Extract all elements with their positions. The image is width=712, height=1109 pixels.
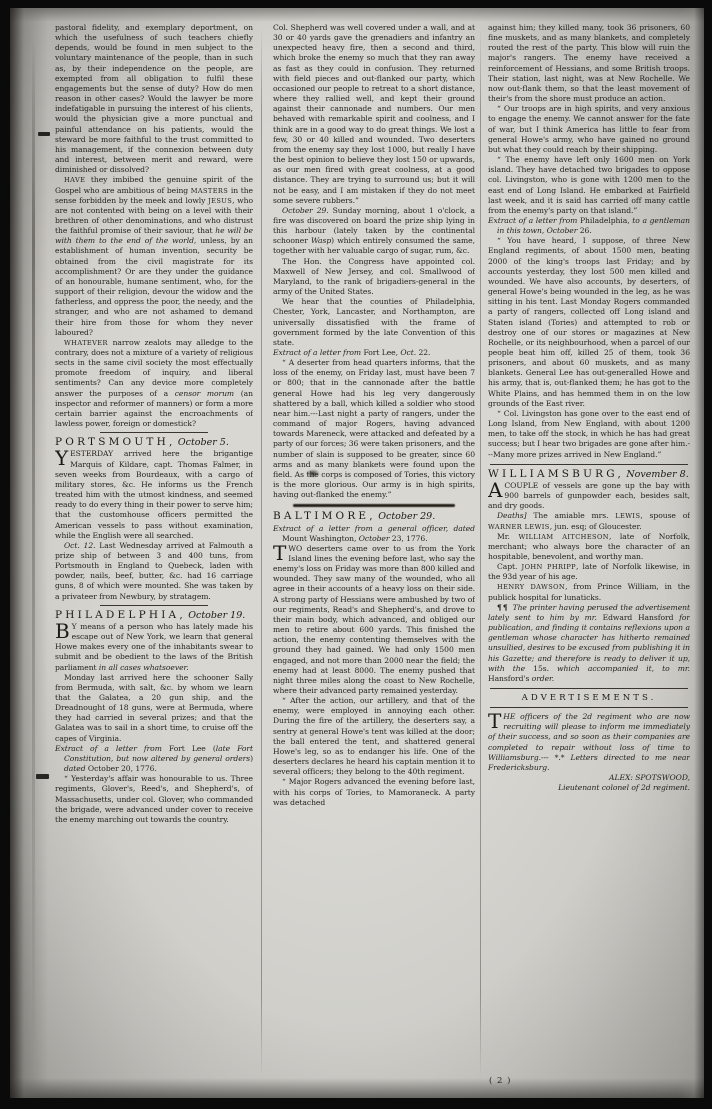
italic-run: October 29. xyxy=(282,206,329,215)
paragraph: Col. Shepherd was well covered under a w… xyxy=(273,23,475,206)
margin-ink-mark xyxy=(36,774,49,779)
section-city: BALTIMORE, xyxy=(273,510,376,522)
text-run: WO deserters came over to us from the Yo… xyxy=(273,544,475,695)
text-run: ¶¶ xyxy=(497,603,513,612)
paragraph: The Hon. the Congress have appointed col… xyxy=(273,257,475,298)
smallcaps-run: MASTERS xyxy=(191,187,231,195)
paragraph: “ A deserter from head quarters informs,… xyxy=(273,358,475,500)
advertisements-header: ADVERTISEMENTS. xyxy=(488,693,690,703)
paragraph: ¶¶ The printer having perused the advert… xyxy=(488,603,690,684)
text-run: We hear that the counties of Philadelphi… xyxy=(273,297,475,347)
italic-run: HE officers of the 2d regiment who are n… xyxy=(488,712,690,772)
margin-ink-mark xyxy=(38,132,50,136)
text-run: “ A deserter from head quarters informs,… xyxy=(273,358,475,499)
paragraph: HENRY DAWSON, from Prince William, in th… xyxy=(488,582,690,602)
text-run: against him; they killed many, took 36 p… xyxy=(488,23,690,103)
smallcaps-run: WILLIAM AITCHESON xyxy=(518,533,608,541)
text-run: Capt. xyxy=(497,562,522,571)
italic-run: Extract of a letter from xyxy=(273,348,363,357)
separator-rule xyxy=(293,504,455,507)
section-date: October 29. xyxy=(378,511,435,522)
text-run: The Hon. the Congress have appointed col… xyxy=(273,257,475,296)
italic-run: in all cases whatsoever. xyxy=(99,663,189,672)
text-run: Edward Hansford xyxy=(603,613,680,622)
text-run: “ Our troops are in high spirits, and ve… xyxy=(488,104,690,154)
separator-rule xyxy=(100,605,209,606)
italic-run: which accompanied it, to mr. xyxy=(549,664,690,673)
smallcaps-run: JESUS xyxy=(208,197,232,205)
page-number: ( 2 ) xyxy=(489,1076,511,1086)
italic-run: order. xyxy=(532,674,554,683)
paragraph: “ After the action, our artillery, and t… xyxy=(273,696,475,777)
italic-run: Deaths] xyxy=(497,511,527,520)
text-run: “ Col. Livingston has gone over to the e… xyxy=(488,409,690,459)
section-heading: WILLIAMSBURG, November 8. xyxy=(488,469,690,480)
signature-line: ALEX: SPOTSWOOD, xyxy=(488,773,690,783)
section-city: PHILADELPHIA, xyxy=(55,609,186,621)
text-run: Fort Lee xyxy=(363,348,395,357)
text-run: 23, 1776. xyxy=(389,534,427,543)
letter-extract-heading: Extract of a letter from Fort Lee (late … xyxy=(55,744,253,774)
text-run: , spouse of xyxy=(640,511,690,520)
paragraph: “ You have heard, I suppose, of three Ne… xyxy=(488,236,690,409)
paragraph: pastoral fidelity, and exemplary deportm… xyxy=(55,23,253,175)
paragraph: Oct. 12. Last Wednesday arrived at Falmo… xyxy=(55,541,253,602)
paragraph: “ Col. Livingston has gone over to the e… xyxy=(488,409,690,460)
smallcaps-run: JOHN PHRIPP xyxy=(522,563,576,571)
smallcaps-run: WHATEVER xyxy=(64,339,113,347)
text-run: ESTERDAY arrived here the brigantige Mar… xyxy=(55,449,253,539)
text-run: The amiable mrs. xyxy=(527,511,616,520)
smallcaps-run: LEWIS xyxy=(615,512,640,520)
paragraph: THE officers of the 2d regiment who are … xyxy=(488,712,690,773)
column-middle: Col. Shepherd was well covered under a w… xyxy=(273,23,475,1095)
italic-run: Oct. 12. xyxy=(64,541,95,550)
text-run: Mr. xyxy=(497,532,518,541)
drop-cap: A xyxy=(488,481,504,499)
section-date: November 8. xyxy=(626,469,688,480)
text-run: , jun. esq; of Gloucester. xyxy=(550,522,642,531)
italic-run: October xyxy=(547,226,578,235)
italic-run: censor morum xyxy=(175,389,234,398)
text-run: , unless, by an establishment of human i… xyxy=(55,236,253,336)
separator-rule xyxy=(490,688,688,689)
paragraph: Deaths] The amiable mrs. LEWIS, spouse o… xyxy=(488,511,690,531)
section-city: PORTSMOUTH, xyxy=(55,436,176,448)
column-right: against him; they killed many, took 36 p… xyxy=(488,23,690,1095)
text-run: 26. xyxy=(577,226,591,235)
newspaper-paper-sheet: pastoral fidelity, and exemplary deportm… xyxy=(10,8,704,1098)
paragraph: “ The enemy have left only 1600 men on Y… xyxy=(488,155,690,216)
paragraph: Capt. JOHN PHRIPP, late of Norfolk likew… xyxy=(488,562,690,582)
column-left: pastoral fidelity, and exemplary deportm… xyxy=(55,23,253,1095)
section-date: October 19. xyxy=(188,610,245,621)
paragraph: “ Yesterday's affair was honourable to u… xyxy=(55,774,253,825)
paragraph: BY means of a person who has lately made… xyxy=(55,622,253,673)
text-run: “ The enemy have left only 1600 men on Y… xyxy=(488,155,690,215)
section-heading: BALTIMORE, October 29. xyxy=(273,511,475,522)
text-run: Mount Washington xyxy=(282,534,354,543)
paragraph: TWO deserters came over to us from the Y… xyxy=(273,544,475,696)
italic-run: dated xyxy=(64,764,88,773)
paragraph: October 29. Sunday morning, about 1 o'cl… xyxy=(273,206,475,257)
column-rule xyxy=(480,26,481,1078)
section-heading: PHILADELPHIA, October 19. xyxy=(55,610,253,621)
text-run: Monday last arrived here the schooner Sa… xyxy=(55,673,253,743)
newspaper-page-photo: { "page": { "number_marker": "( 2 )", "p… xyxy=(0,0,712,1109)
text-run: ) xyxy=(250,754,253,763)
paragraph: against him; they killed many, took 36 p… xyxy=(488,23,690,104)
italic-run: October xyxy=(359,534,390,543)
separator-rule xyxy=(490,707,688,708)
text-run: “ After the action, our artillery, and t… xyxy=(273,696,475,776)
signature-line: Lieutenant colonel of 2d regiment. xyxy=(488,783,690,793)
italic-run: Extract of a letter from a general offic… xyxy=(273,524,475,533)
paragraph: “ Major Rogers advanced the evening befo… xyxy=(273,777,475,807)
drop-cap: T xyxy=(273,544,288,562)
section-date: October 5. xyxy=(178,437,229,448)
text-run: COUPLE of vessels are gone up the bay wi… xyxy=(488,481,690,510)
italic-run: Extract of a letter from xyxy=(55,744,169,753)
letter-extract-heading: Extract of a letter from Fort Lee, Oct. … xyxy=(273,348,475,358)
text-run: Hansford's xyxy=(488,674,532,683)
text-run: Col. Shepherd was well covered under a w… xyxy=(273,23,475,205)
paragraph: ACOUPLE of vessels are gone up the bay w… xyxy=(488,481,690,511)
paragraph: WHATEVER narrow zealots may alledge to t… xyxy=(55,338,253,429)
text-run: 15s. xyxy=(533,664,549,673)
paragraph: YESTERDAY arrived here the brigantige Ma… xyxy=(55,449,253,540)
text-run: “ Yesterday's affair was honourable to u… xyxy=(55,774,253,824)
column-rule xyxy=(261,26,262,1078)
text-run: 22. xyxy=(416,348,430,357)
italic-run: Extract of a letter from xyxy=(488,216,580,225)
text-run: “ You have heard, I suppose, of three Ne… xyxy=(488,236,690,408)
drop-cap: B xyxy=(55,622,72,640)
italic-run: Wasp xyxy=(311,236,331,245)
paragraph: Mr. WILLIAM AITCHESON, late of Norfolk, … xyxy=(488,532,690,562)
separator-rule xyxy=(100,432,209,433)
text-run: “ Major Rogers advanced the evening befo… xyxy=(273,777,475,806)
paragraph: “ Our troops are in high spirits, and ve… xyxy=(488,104,690,155)
text-run: October 20, 1776. xyxy=(88,764,157,773)
text-run: Philadelphia xyxy=(580,216,627,225)
binding-crease xyxy=(32,38,35,1058)
smallcaps-run: WARNER LEWIS xyxy=(488,523,550,531)
paragraph: Monday last arrived here the schooner Sa… xyxy=(55,673,253,744)
paragraph: We hear that the counties of Philadelphi… xyxy=(273,297,475,348)
letter-extract-heading: Extract of a letter from a general offic… xyxy=(273,524,475,544)
paragraph: HAVE they imbibed the genuine spirit of … xyxy=(55,175,253,338)
text-run: pastoral fidelity, and exemplary deportm… xyxy=(55,23,253,174)
letter-extract-heading: Extract of a letter from Philadelphia, t… xyxy=(488,216,690,236)
separator-rule xyxy=(490,464,688,465)
text-run: Fort Lee xyxy=(169,744,206,753)
drop-cap: T xyxy=(488,712,503,730)
section-city: WILLIAMSBURG, xyxy=(488,468,624,480)
smallcaps-run: HENRY DAWSON xyxy=(497,583,565,591)
text-run: ( xyxy=(206,744,216,753)
italic-run: Oct. xyxy=(400,348,416,357)
drop-cap: Y xyxy=(55,449,70,467)
section-heading: PORTSMOUTH, October 5. xyxy=(55,437,253,448)
smallcaps-run: HAVE xyxy=(64,176,91,184)
